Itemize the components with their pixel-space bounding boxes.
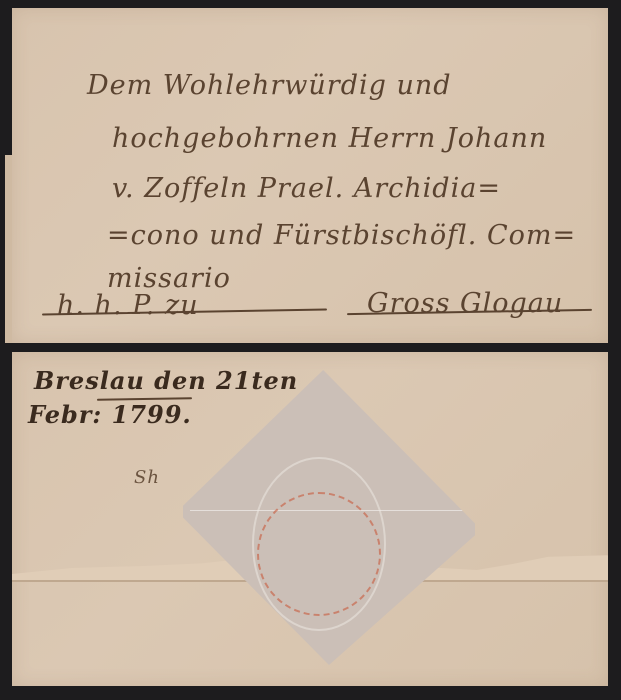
address-line-4: =cono und Fürstbischöfl. Com= bbox=[107, 220, 576, 251]
place-date-line-2: Febr: 1799. bbox=[28, 400, 192, 429]
seal-red-wax-ring bbox=[257, 492, 381, 616]
letter-front-address-side: Dem Wohlehrwürdig und hochgebohrnen Herr… bbox=[12, 8, 608, 343]
place-date-line-1: Breslau den 21ten bbox=[34, 366, 298, 395]
letter-back-seal-side: illegible monogram Breslau den 21ten Feb… bbox=[12, 352, 608, 686]
address-line-2: hochgebohrnen Herrn Johann bbox=[112, 123, 547, 154]
address-line-3: v. Zoffeln Prael. Archidia= bbox=[112, 173, 501, 204]
address-line-1: Dem Wohlehrwürdig und bbox=[87, 70, 452, 101]
destination: Gross Glogau bbox=[367, 288, 563, 319]
annotation-sh: Sh bbox=[134, 467, 160, 488]
postal-note: h. h. P. zu bbox=[57, 290, 199, 321]
